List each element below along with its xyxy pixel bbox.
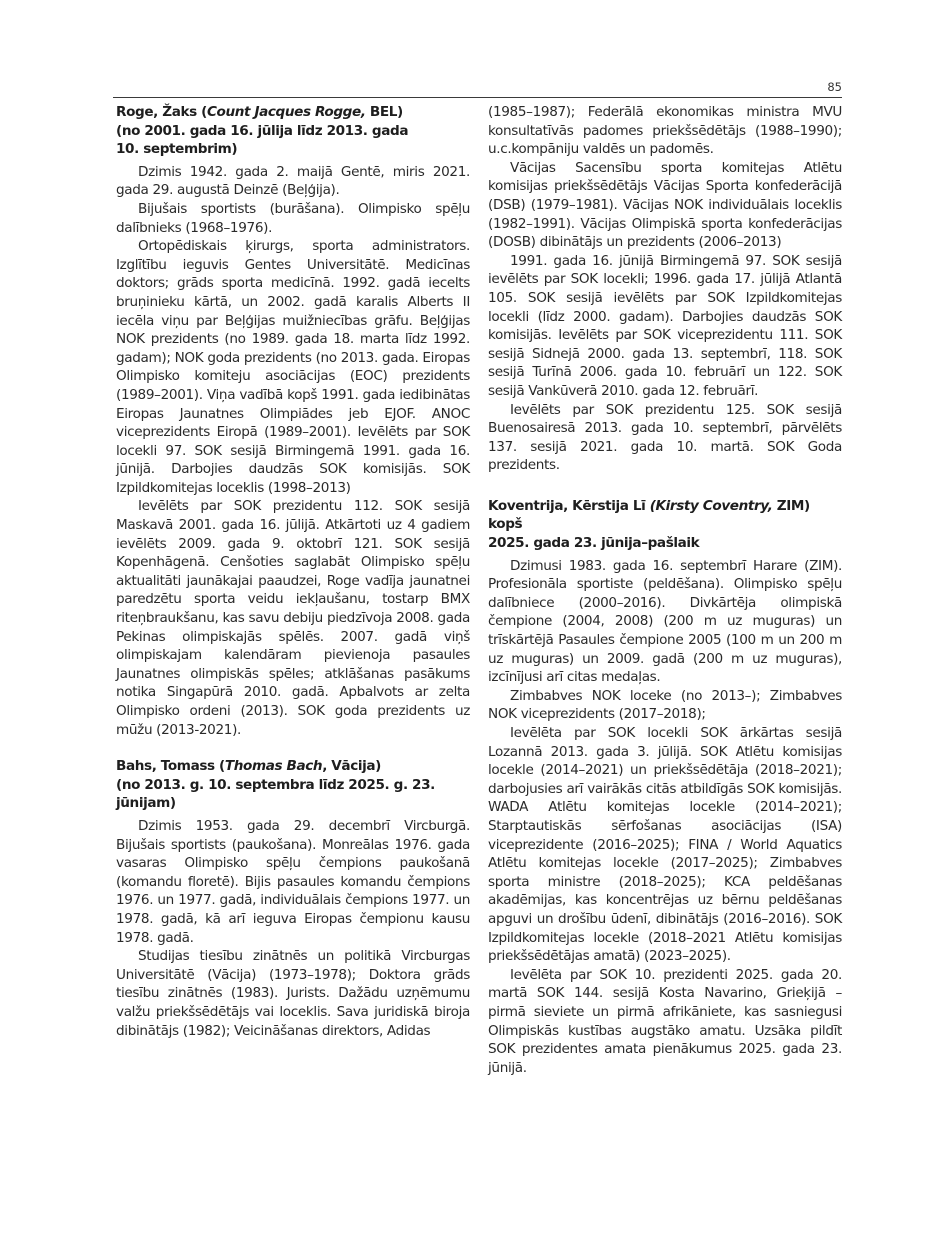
heading-term: 2025. gada 23. jūnija–pašlaik <box>488 535 699 551</box>
paragraph: Ievēlēts par SOK prezidentu 112. SOK ses… <box>116 497 470 739</box>
header-rule <box>113 97 842 98</box>
heading-country: BEL) <box>366 104 403 120</box>
heading-original-name: (Kirsty Coventry, <box>650 498 773 514</box>
paragraph: Studijas tiesību zinātnēs un politikā Vi… <box>116 947 470 1040</box>
paragraph: Dzimis 1953. gada 29. decembrī Vircburgā… <box>116 817 470 947</box>
entry-rogge: Roge, Žaks (Count Jacques Rogge, BEL) (n… <box>116 103 470 739</box>
paragraph: Vācijas Sacensību sporta komitejas Atlēt… <box>488 159 842 252</box>
paragraph-continuation: (1985–1987); Federālā ekonomikas ministr… <box>488 103 842 159</box>
right-column: (1985–1987); Federālā ekonomikas ministr… <box>488 103 842 1077</box>
heading-original-name: Count Jacques Rogge, <box>207 104 366 120</box>
paragraph: Bijušais sportists (burāšana). Olimpisko… <box>116 200 470 237</box>
paragraph: Ievēlēta par SOK locekli SOK ārkārtas se… <box>488 724 842 966</box>
paragraph: Ievēlēta par SOK 10. prezidenti 2025. ga… <box>488 966 842 1078</box>
heading-term-line2: 10. septembrim) <box>116 141 237 157</box>
entry-bach-continued: (1985–1987); Federālā ekonomikas ministr… <box>488 103 842 475</box>
page-number: 85 <box>827 80 842 94</box>
section-spacer <box>488 475 842 497</box>
heading-name: Roge, Žaks ( <box>116 104 207 120</box>
heading-term: (no 2013. g. 10. septembra līdz 2025. g.… <box>116 777 435 812</box>
entry-heading-coventry: Koventrija, Kērstija Lī (Kirsty Coventry… <box>488 497 842 553</box>
heading-name: Bahs, Tomass ( <box>116 758 225 774</box>
paragraph: Dzimis 1942. gada 2. maijā Gentē, miris … <box>116 163 470 200</box>
entry-heading-rogge: Roge, Žaks (Count Jacques Rogge, BEL) (n… <box>116 103 470 159</box>
heading-term-line1: (no 2001. gada 16. jūlija līdz 2013. gad… <box>116 123 408 139</box>
paragraph: Ievēlēts par SOK prezidentu 125. SOK ses… <box>488 401 842 475</box>
paragraph: Dzimusi 1983. gada 16. septembrī Harare … <box>488 557 842 687</box>
heading-name: Koventrija, Kērstija Lī <box>488 498 650 514</box>
paragraph: 1991. gada 16. jūnijā Birmingemā 97. SOK… <box>488 252 842 401</box>
section-spacer <box>116 739 470 757</box>
heading-original-name: Thomas Bach <box>225 758 322 774</box>
heading-country: , Vācija) <box>322 758 381 774</box>
left-column: Roge, Žaks (Count Jacques Rogge, BEL) (n… <box>116 103 470 1040</box>
entry-heading-bach: Bahs, Tomass (Thomas Bach, Vācija) (no 2… <box>116 757 470 813</box>
entry-bach: Bahs, Tomass (Thomas Bach, Vācija) (no 2… <box>116 757 470 1040</box>
paragraph: Ortopēdiskais ķirurgs, sporta administra… <box>116 237 470 497</box>
entry-coventry: Koventrija, Kērstija Lī (Kirsty Coventry… <box>488 497 842 1077</box>
paragraph: Zimbabves NOK loceke (no 2013–); Zimbabv… <box>488 687 842 724</box>
